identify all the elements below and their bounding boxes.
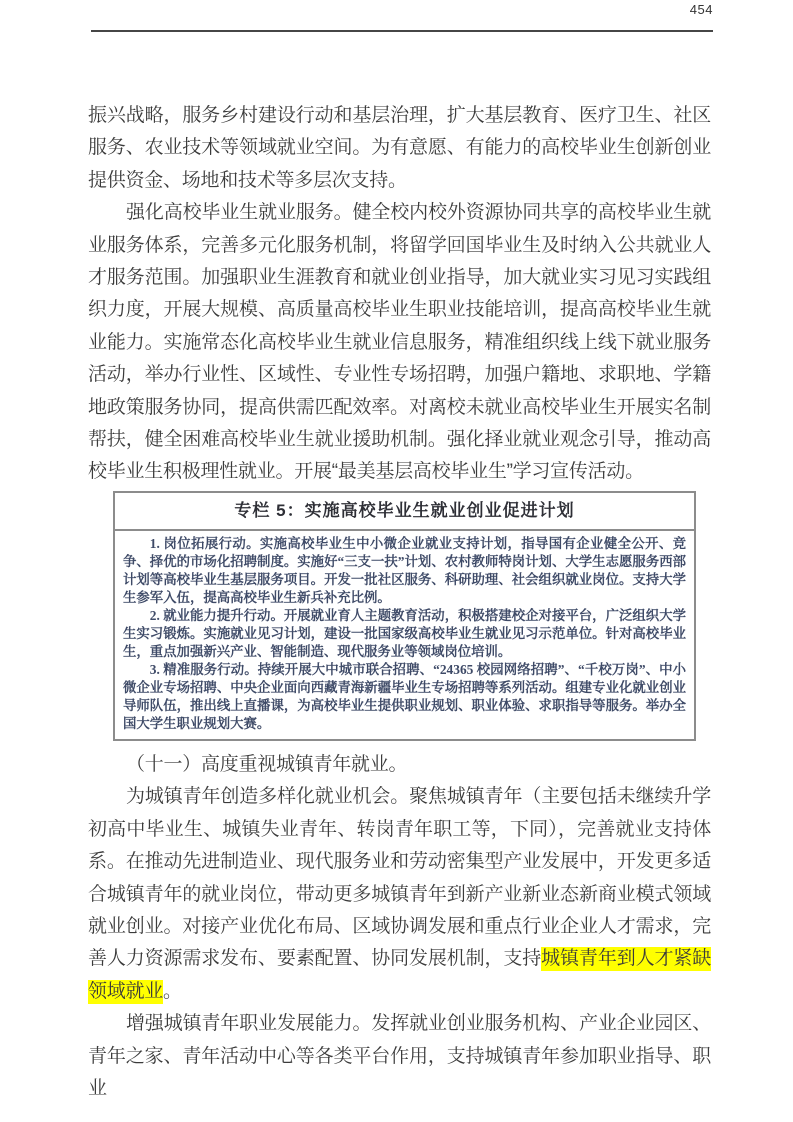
- document-page: 454 振兴战略，服务乡村建设行动和基层治理，扩大基层教育、医疗卫生、社区服务、…: [0, 0, 793, 1122]
- box-paragraph: 2. 就业能力提升行动。开展就业育人主题教育活动，积极搭建校企对接平台，广泛组织…: [123, 607, 686, 661]
- paragraph: （十一）高度重视城镇青年就业。: [88, 749, 711, 781]
- paragraph: 为城镇青年创造多样化就业机会。聚焦城镇青年（主要包括未继续升学初高中毕业生、城镇…: [88, 781, 711, 1008]
- text-run: （十一）高度重视城镇青年就业。: [126, 754, 407, 775]
- paragraph: 强化高校毕业生就业服务。健全校内校外资源协同共享的高校毕业生就业服务体系，完善多…: [88, 197, 711, 489]
- box-paragraph: 1. 岗位拓展行动。实施高校毕业生中小微企业就业支持计划，指导国有企业健全公开、…: [123, 535, 686, 607]
- column-box: 专栏 5：实施高校毕业生就业创业促进计划 1. 岗位拓展行动。实施高校毕业生中小…: [113, 491, 696, 741]
- paragraphs-before-box: 振兴战略，服务乡村建设行动和基层治理，扩大基层教育、医疗卫生、社区服务、农业技术…: [88, 100, 711, 489]
- box-paragraph: 3. 精准服务行动。持续开展大中城市联合招聘、“24365 校园网络招聘”、“千…: [123, 661, 686, 733]
- box-title: 专栏 5：实施高校毕业生就业创业促进计划: [115, 493, 694, 531]
- paragraphs-after-box: （十一）高度重视城镇青年就业。为城镇青年创造多样化就业机会。聚焦城镇青年（主要包…: [88, 749, 711, 1105]
- paragraph: 振兴战略，服务乡村建设行动和基层治理，扩大基层教育、医疗卫生、社区服务、农业技术…: [88, 100, 711, 197]
- text-run: 强化高校毕业生就业服务。健全校内校外资源协同共享的高校毕业生就业服务体系，完善多…: [88, 202, 711, 482]
- page-number: 454: [690, 2, 713, 17]
- box-body: 1. 岗位拓展行动。实施高校毕业生中小微企业就业支持计划，指导国有企业健全公开、…: [115, 531, 694, 739]
- text-run: 。: [163, 981, 182, 1002]
- content-area: 振兴战略，服务乡村建设行动和基层治理，扩大基层教育、医疗卫生、社区服务、农业技术…: [88, 100, 711, 1105]
- text-run: 振兴战略，服务乡村建设行动和基层治理，扩大基层教育、医疗卫生、社区服务、农业技术…: [88, 105, 711, 191]
- text-run: 为城镇青年创造多样化就业机会。聚焦城镇青年（主要包括未继续升学初高中毕业生、城镇…: [88, 786, 711, 969]
- paragraph: 增强城镇青年职业发展能力。发挥就业创业服务机构、产业企业园区、青年之家、青年活动…: [88, 1008, 711, 1105]
- header-rule: [91, 30, 713, 32]
- text-run: 增强城镇青年职业发展能力。发挥就业创业服务机构、产业企业园区、青年之家、青年活动…: [88, 1013, 711, 1099]
